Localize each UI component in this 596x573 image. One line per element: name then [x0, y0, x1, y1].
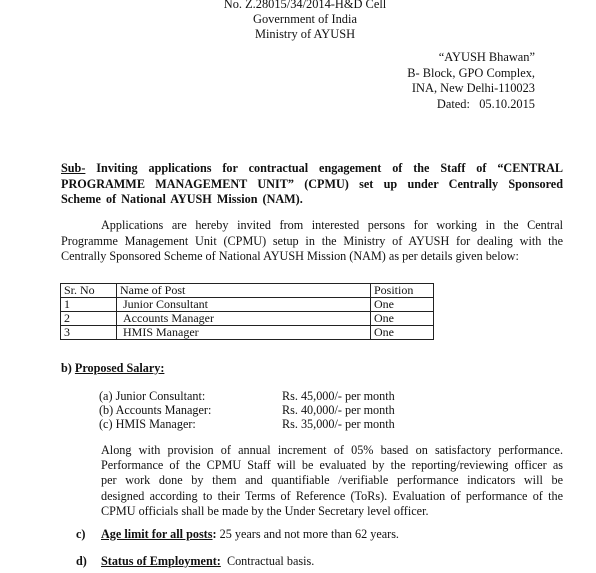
header-post-name: Name of Post [117, 284, 371, 298]
cell-post-name: Junior Consultant [117, 298, 371, 312]
building-name: “AYUSH Bhawan” [380, 50, 535, 66]
cell-position: One [371, 326, 434, 340]
government-name: Government of India [180, 12, 430, 27]
cell-sr-no: 3 [61, 326, 117, 340]
salary-label: (a) Junior Consultant: [99, 389, 282, 403]
reference-number: No. Z.28015/34/2014-H&D Cell [180, 0, 430, 12]
cell-sr-no: 2 [61, 312, 117, 326]
salary-item: (a) Junior Consultant: Rs. 45,000/- per … [99, 389, 395, 403]
salary-paragraph: Along with provision of annual increment… [101, 443, 563, 519]
salary-heading-text: Proposed Salary: [75, 361, 165, 375]
salary-heading: b) Proposed Salary: [61, 361, 164, 376]
intro-line: Applications are hereby invited from int… [61, 218, 563, 234]
table-row: 1 Junior Consultant One [61, 298, 434, 312]
intro-line: Programme Management Unit (CPMU) setup i… [61, 234, 563, 250]
subject-label: Sub- [61, 161, 85, 175]
salary-item: (c) HMIS Manager: Rs. 35,000/- per month [99, 417, 395, 431]
age-limit-value: 25 years and not more than 62 years. [217, 527, 399, 541]
salary-value: Rs. 35,000/- per month [282, 417, 395, 431]
paragraph-line: per work done by them and quantifiable /… [101, 473, 563, 488]
subject-line-1: Sub- Inviting applications for contractu… [61, 161, 563, 177]
date-value: 05.10.2015 [479, 97, 535, 111]
age-limit-item: c) Age limit for all posts: 25 years and… [76, 527, 399, 542]
cell-position: One [371, 312, 434, 326]
cell-sr-no: 1 [61, 298, 117, 312]
table-header-row: Sr. No Name of Post Position [61, 284, 434, 298]
sender-address: “AYUSH Bhawan” B- Block, GPO Complex, IN… [380, 50, 535, 112]
paragraph-line: CPMU officials shall be made by the Unde… [101, 504, 563, 519]
subject-block: Sub- Inviting applications for contractu… [61, 161, 563, 208]
salary-item: (b) Accounts Manager: Rs. 40,000/- per m… [99, 403, 395, 417]
table-row: 3 HMIS Manager One [61, 326, 434, 340]
dated-label: Dated: [437, 97, 470, 111]
ministry-name: Ministry of AYUSH [180, 27, 430, 42]
posts-table: Sr. No Name of Post Position 1 Junior Co… [60, 283, 434, 340]
section-marker: d) [76, 554, 101, 569]
section-marker: b) [61, 361, 72, 375]
age-limit-key: Age limit for all posts [101, 527, 213, 541]
address-line-2: INA, New Delhi-110023 [380, 81, 535, 97]
intro-paragraph: Applications are hereby invited from int… [61, 218, 563, 265]
date-line: Dated: 05.10.2015 [380, 97, 535, 113]
cell-post-name: Accounts Manager [117, 312, 371, 326]
address-line-1: B- Block, GPO Complex, [380, 66, 535, 82]
paragraph-line: Performance of the CPMU Staff will be ev… [101, 458, 563, 473]
salary-label: (c) HMIS Manager: [99, 417, 282, 431]
cell-position: One [371, 298, 434, 312]
header-sr-no: Sr. No [61, 284, 117, 298]
salary-list: (a) Junior Consultant: Rs. 45,000/- per … [99, 389, 395, 431]
paragraph-line: Along with provision of annual increment… [101, 443, 563, 458]
intro-line: Centrally Sponsored Scheme of National A… [61, 249, 563, 265]
employment-status-item: d) Status of Employment: Contractual bas… [76, 554, 314, 569]
subject-line-2: PROGRAMME MANAGEMENT UNIT” (CPMU) set up… [61, 177, 563, 193]
letter-header: No. Z.28015/34/2014-H&D Cell Government … [180, 0, 430, 42]
employment-status-value: Contractual basis. [227, 554, 314, 568]
section-marker: c) [76, 527, 101, 542]
salary-label: (b) Accounts Manager: [99, 403, 282, 417]
cell-post-name: HMIS Manager [117, 326, 371, 340]
paragraph-line: designed according to their Terms of Ref… [101, 489, 563, 504]
salary-value: Rs. 45,000/- per month [282, 389, 395, 403]
subject-line-3: Scheme of National AYUSH Mission (NAM). [61, 192, 563, 208]
header-position: Position [371, 284, 434, 298]
table-row: 2 Accounts Manager One [61, 312, 434, 326]
salary-value: Rs. 40,000/- per month [282, 403, 395, 417]
employment-status-key: Status of Employment: [101, 554, 221, 568]
